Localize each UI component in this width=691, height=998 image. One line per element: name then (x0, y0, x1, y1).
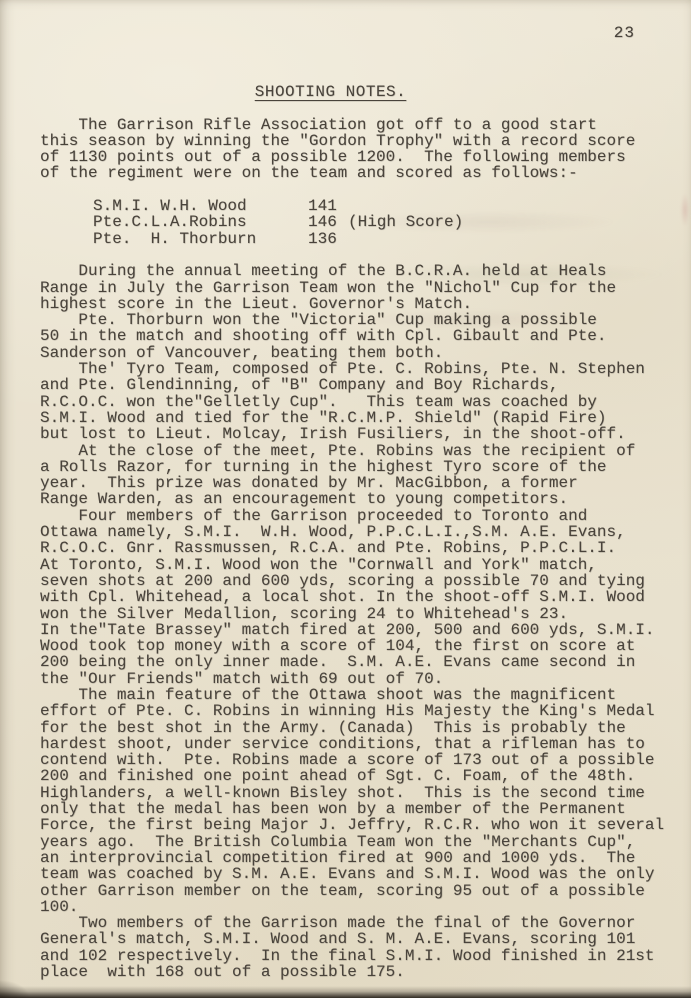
page-corner-shadow (0, 972, 40, 998)
paragraph-rolls-razor: At the close of the meet, Pte. Robins wa… (40, 443, 685, 508)
roster-member-score: 141 (308, 198, 348, 214)
paragraph-governor-general: Two members of the Garrison made the fin… (40, 915, 685, 980)
score-roster: S.M.I. W.H. Wood 141 Pte.C.L.A.Robins 14… (40, 198, 685, 247)
paragraph-toronto-ottawa: Four members of the Garrison proceeded t… (40, 508, 685, 687)
page-number: 23 (614, 24, 635, 42)
document-page: 23 SHOOTING NOTES. The Garrison Rifle As… (0, 0, 691, 998)
page-bottom-edge-shadow (0, 986, 691, 998)
roster-member-score: 146 (308, 214, 348, 230)
roster-row: Pte. H. Thorburn 136 (40, 231, 685, 247)
roster-row: Pte.C.L.A.Robins 146 (High Score) (40, 214, 685, 230)
paragraph-kings-medal: The main feature of the Ottawa shoot was… (40, 687, 685, 915)
page-content: SHOOTING NOTES. The Garrison Rifle Assoc… (40, 84, 685, 980)
paragraph-tyro-team: The' Tyro Team, composed of Pte. C. Robi… (40, 361, 685, 442)
page-title: SHOOTING NOTES. (40, 84, 685, 100)
roster-row: S.M.I. W.H. Wood 141 (40, 198, 685, 214)
roster-member-name: S.M.I. W.H. Wood (93, 198, 308, 214)
paragraph-intro: The Garrison Rifle Association got off t… (40, 117, 685, 182)
roster-member-name: Pte.C.L.A.Robins (93, 214, 308, 230)
roster-member-name: Pte. H. Thorburn (93, 231, 308, 247)
roster-member-score: 136 (308, 231, 348, 247)
roster-member-note: (High Score) (348, 214, 463, 230)
paragraph-victoria-cup: Pte. Thorburn won the "Victoria" Cup mak… (40, 312, 685, 361)
paragraph-bcra-meeting: During the annual meeting of the B.C.R.A… (40, 263, 685, 312)
